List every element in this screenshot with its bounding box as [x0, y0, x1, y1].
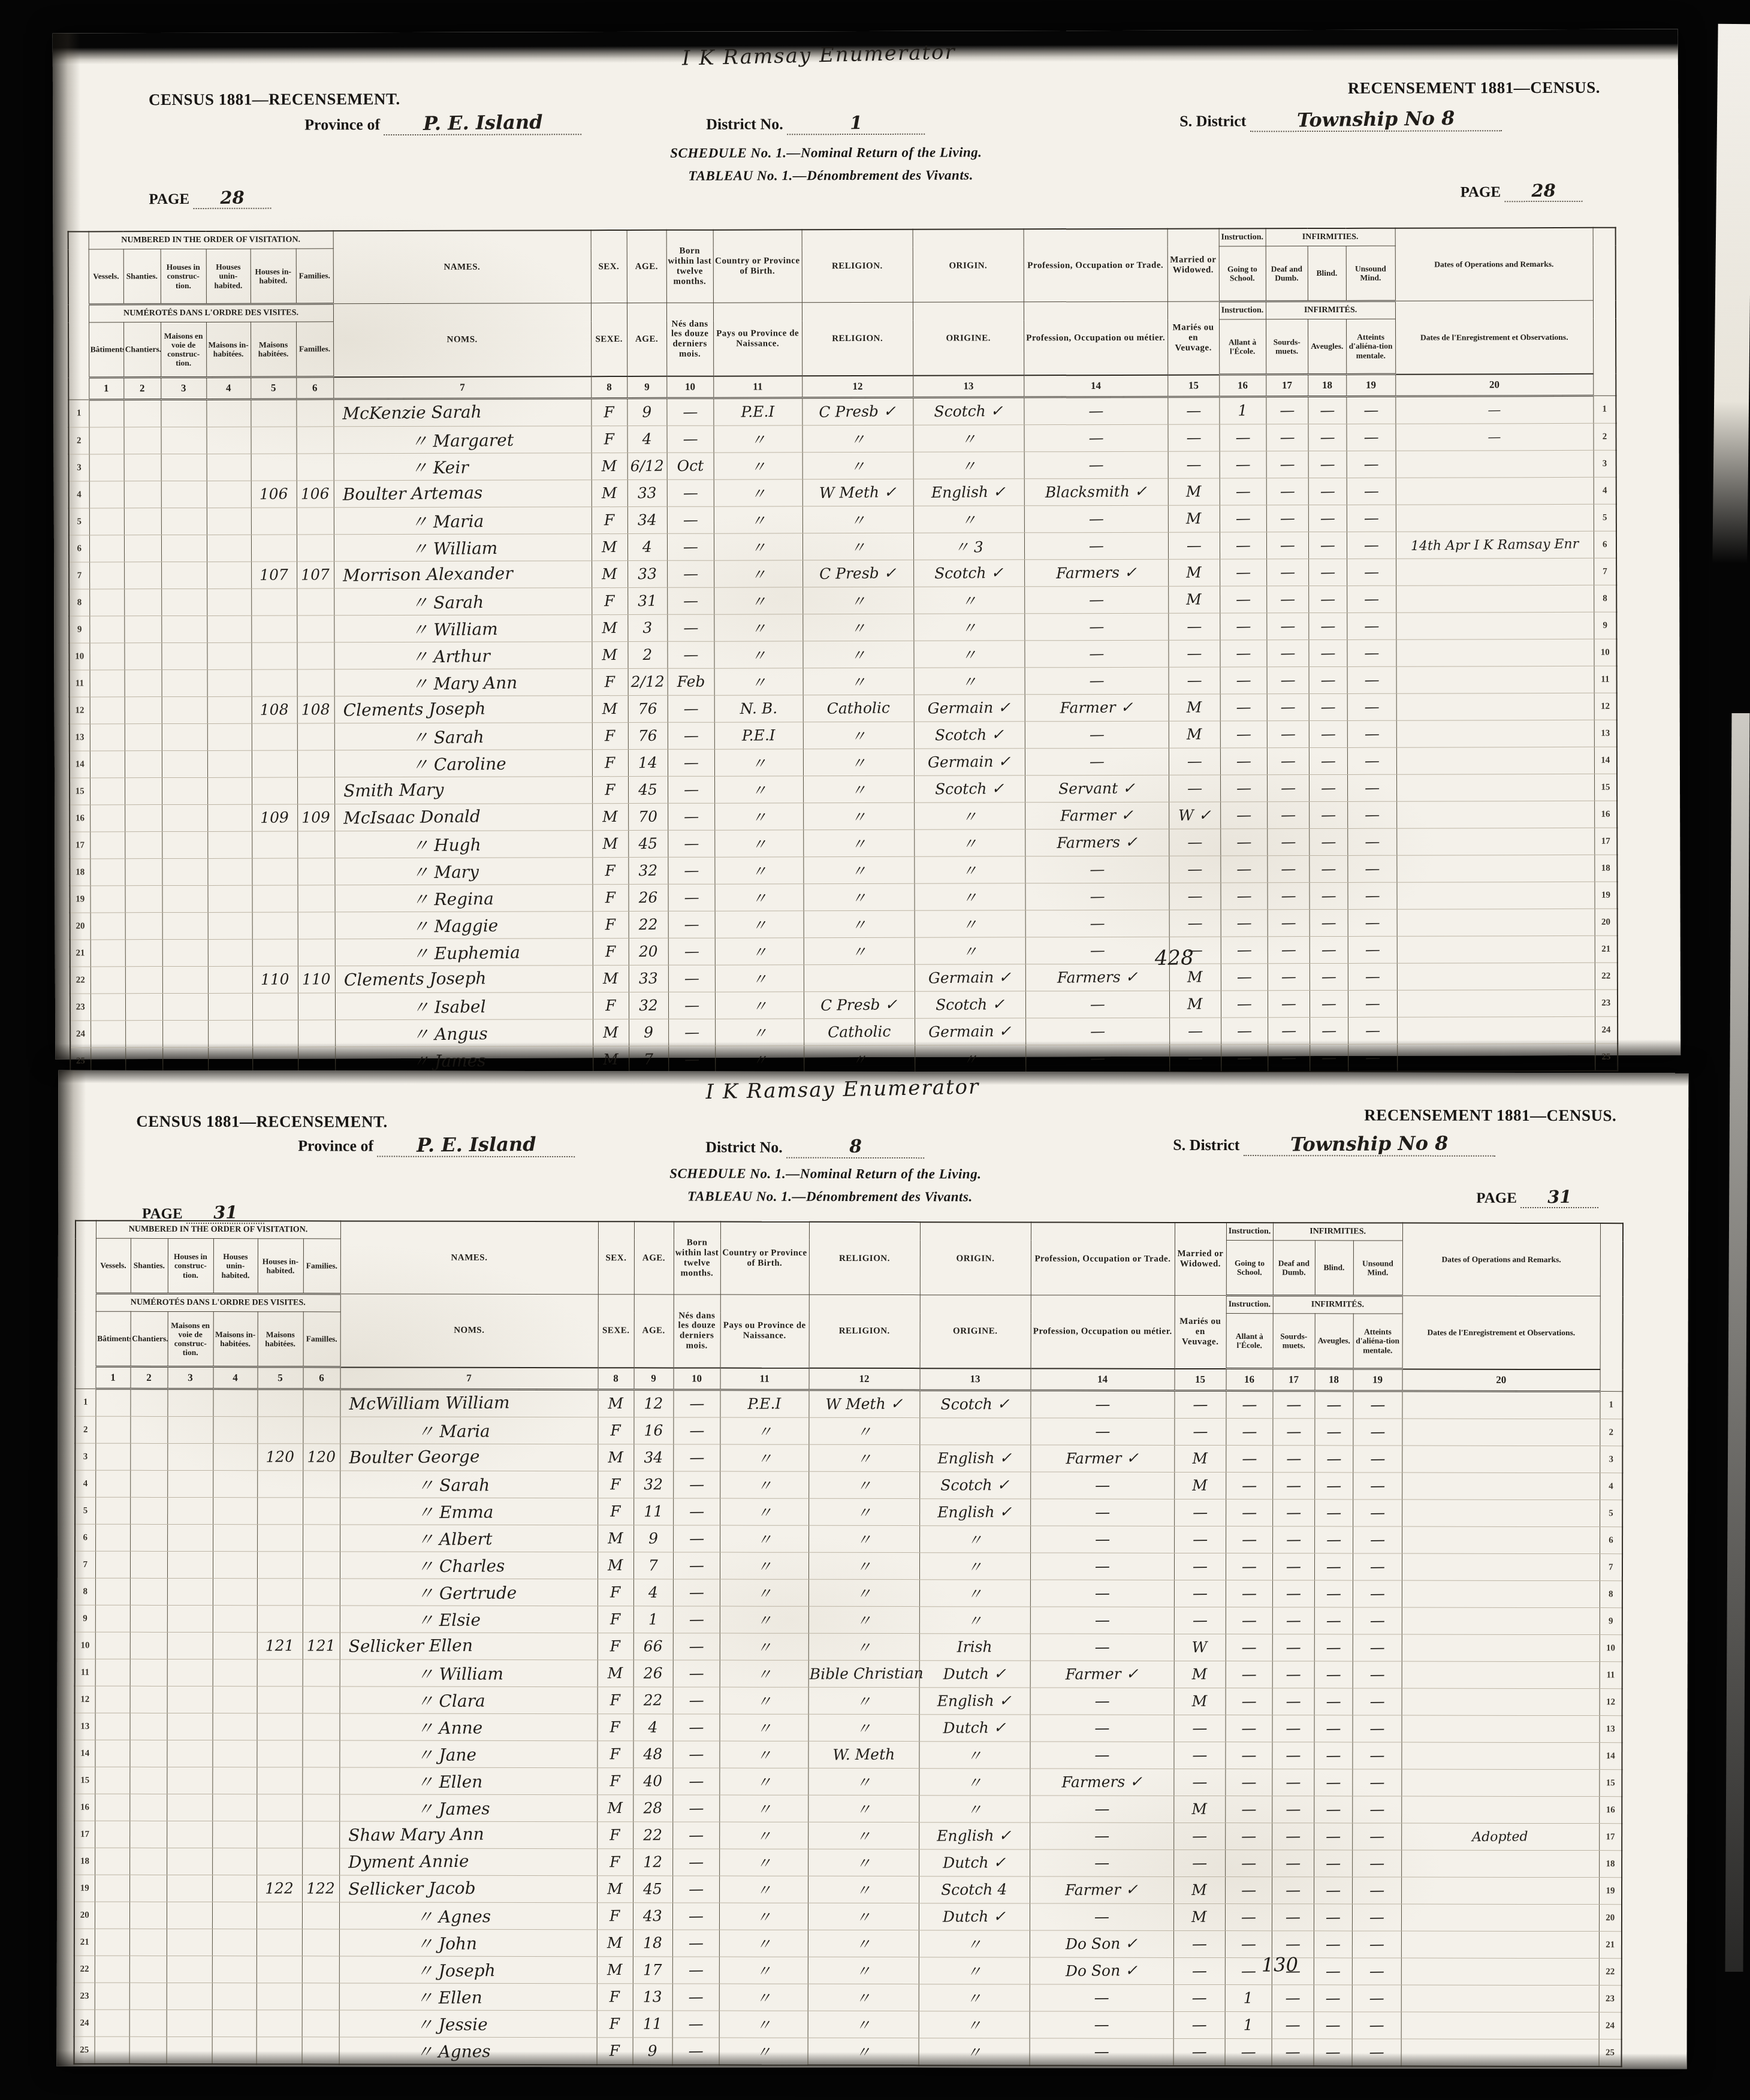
cell — [95, 1713, 130, 1740]
cell: Farmers ✓ — [1025, 964, 1169, 991]
handwritten-entry: — — [1369, 1612, 1384, 1629]
handwritten-entry: C Presb ✓ — [819, 564, 897, 583]
name-cell: 〃 Agnes — [339, 1902, 597, 1930]
cell — [89, 562, 124, 589]
cell — [162, 750, 207, 777]
handwritten-entry: 〃 — [961, 616, 976, 638]
handwritten-entry: 14 — [638, 754, 657, 771]
cell: 〃 — [802, 587, 913, 614]
cell: Farmers ✓ — [1025, 829, 1169, 856]
cell: — — [668, 857, 714, 884]
cell: 〃 — [919, 1984, 1030, 2011]
handwritten-entry: — — [688, 1988, 703, 2005]
handwritten-entry: M — [1187, 995, 1203, 1012]
row-number-left: 16 — [70, 805, 90, 832]
handwritten-entry: 〃 — [756, 2014, 771, 2035]
handwritten-entry: — — [683, 646, 698, 663]
cell: M — [592, 453, 627, 480]
cell — [297, 589, 334, 615]
cell: 1 — [633, 1606, 673, 1633]
cell — [95, 2010, 129, 2036]
cell: — — [1174, 1499, 1226, 1526]
cell: Germain ✓ — [915, 1018, 1025, 1045]
handwritten-entry: 〃 — [852, 940, 867, 962]
cell — [89, 481, 124, 508]
cell — [1396, 450, 1594, 478]
cell — [252, 669, 297, 696]
cell: — — [1225, 1904, 1272, 1931]
cell: 120 — [257, 1444, 303, 1471]
district-value: 1 — [850, 113, 862, 134]
handwritten-entry: — — [1186, 402, 1201, 419]
census-page-31: I K Ramsay Enumerator CENSUS 1881—RECENS… — [57, 1070, 1689, 2069]
cell: Catholic — [803, 695, 914, 722]
cell: F — [597, 1984, 633, 2011]
handwritten-entry: — — [683, 727, 698, 744]
handwritten-entry: 20 — [639, 943, 658, 960]
name-cell: 〃 Emma — [340, 1498, 598, 1525]
cell — [161, 642, 207, 669]
handwritten-entry: — — [1326, 1396, 1341, 1413]
cell: — — [1221, 910, 1268, 937]
cell — [302, 1740, 339, 1767]
handwritten-entry: 〃 Sarah — [411, 724, 484, 749]
handwritten-entry: 〃 — [851, 886, 866, 908]
cell: 〃 — [914, 668, 1025, 695]
handwritten-entry: — — [1321, 914, 1336, 931]
cell: — — [1024, 451, 1168, 479]
handwritten-entry: 106 — [260, 485, 288, 503]
name-cell: 〃 Anne — [340, 1713, 598, 1741]
census-table: NUMBERED IN THE ORDER OF VISITATION.NAME… — [74, 1220, 1624, 2068]
handwritten-entry: — — [1089, 726, 1104, 743]
cell — [129, 1929, 167, 1956]
cell — [162, 885, 207, 912]
cell: — — [1309, 666, 1347, 693]
handwritten-entry: 70 — [638, 808, 657, 825]
cell — [90, 940, 125, 967]
cell: — — [1314, 1661, 1353, 1688]
cell: — — [1314, 1769, 1352, 1796]
cell — [207, 723, 252, 750]
cell — [1397, 1043, 1595, 1071]
cell: — — [1220, 478, 1266, 505]
handwritten-entry: — — [1236, 806, 1251, 823]
handwritten-entry: F — [605, 727, 615, 744]
cell: Farmer ✓ — [1025, 694, 1169, 722]
handwritten-entry: — — [1235, 536, 1250, 554]
handwritten-entry: — — [1369, 2016, 1384, 2033]
cell — [251, 399, 296, 427]
handwritten-entry: — — [683, 430, 698, 448]
handwritten-entry: F — [610, 1476, 621, 1493]
tally-annotation: 428 — [1155, 946, 1194, 970]
col-header-fr: Pays ou Province de Naissance. — [720, 1295, 809, 1368]
cell: — — [1267, 802, 1309, 829]
handwritten-entry: F — [610, 1718, 621, 1736]
cell: — — [1226, 1634, 1272, 1661]
handwritten-entry: 〃 Agnes — [416, 1903, 490, 1928]
cell: — — [1220, 640, 1266, 667]
row-number-left: 8 — [75, 1578, 95, 1605]
handwritten-entry: — — [1090, 1049, 1105, 1067]
handwritten-entry: 〃 Sarah — [411, 589, 484, 614]
table-row: 18Dyment AnnieF12—〃〃Dutch ✓——————18 — [74, 1848, 1622, 1878]
handwritten-entry: 40 — [643, 1772, 662, 1790]
handwritten-entry: — — [689, 1853, 704, 1870]
handwritten-entry: — — [1286, 1612, 1301, 1629]
cell — [296, 427, 333, 454]
handwritten-entry: — — [1187, 779, 1202, 796]
handwritten-entry: — — [1326, 1746, 1341, 1764]
handwritten-entry: 〃 — [967, 1744, 982, 1766]
cell: 109 — [252, 804, 297, 831]
cell: — — [672, 1930, 719, 1957]
row-number-right: 13 — [1594, 720, 1617, 747]
cell: 1 — [1219, 397, 1266, 424]
cell: — — [1030, 1823, 1173, 1849]
cell: — — [1348, 1017, 1397, 1044]
table-row: 13〃 AnneF4—〃〃Dutch ✓——————13 — [75, 1713, 1622, 1743]
name-cell: 〃 Agnes — [339, 2037, 597, 2065]
row-number-left: 20 — [70, 913, 90, 940]
cell — [89, 454, 124, 481]
name-cell: 〃 Caroline — [334, 750, 592, 777]
handwritten-entry: — — [1286, 1558, 1301, 1575]
handwritten-entry: Adopted — [1473, 1829, 1528, 1845]
cell — [252, 1020, 298, 1047]
handwritten-entry: — — [1320, 671, 1335, 689]
cell: 〃 — [919, 1580, 1030, 1607]
cell: Catholic — [804, 1018, 915, 1045]
cell: — — [1314, 1742, 1352, 1769]
table-row: 11〃 WilliamM26—〃Bible ChristianDutch ✓Fa… — [75, 1659, 1622, 1689]
cell: Dutch ✓ — [919, 1849, 1030, 1876]
cell: 〃 — [714, 776, 803, 803]
handwritten-entry: — — [689, 1799, 704, 1817]
province-line: Province of P. E. Island — [304, 111, 581, 135]
cell: 〃 — [720, 1444, 808, 1471]
cell: — — [1314, 1796, 1352, 1823]
handwritten-entry: — — [1369, 1773, 1384, 1791]
handwritten-entry: — — [1094, 1827, 1109, 1845]
handwritten-entry: 〃 — [856, 1582, 871, 1604]
cell: 〃 — [803, 749, 914, 776]
handwritten-entry: — — [1320, 779, 1335, 796]
cell — [125, 832, 162, 859]
cell — [1396, 666, 1594, 693]
cell — [1401, 1904, 1599, 1932]
handwritten-entry: — — [1370, 1396, 1385, 1413]
cell: — — [1314, 1473, 1353, 1499]
handwritten-entry: 〃 — [756, 1771, 771, 1793]
name-cell: 〃 Elsie — [340, 1606, 598, 1633]
cell — [90, 670, 125, 697]
cell: — — [1396, 423, 1594, 451]
handwritten-entry: Do Son ✓ — [1066, 1935, 1137, 1953]
cell: — — [1168, 613, 1220, 640]
cell: — — [1220, 505, 1266, 532]
cell: 〃 — [919, 1930, 1030, 1957]
handwritten-entry: Germain ✓ — [928, 753, 1011, 771]
handwritten-entry: 〃 — [850, 590, 865, 611]
handwritten-entry: — — [1364, 671, 1379, 689]
handwritten-entry: — — [1325, 2043, 1340, 2060]
col-header-en: Married or Widowed. — [1175, 1223, 1226, 1296]
handwritten-entry: 〃 — [851, 805, 866, 827]
handwritten-entry: 32 — [644, 1476, 663, 1493]
handwritten-entry: Clements Joseph — [343, 968, 486, 989]
handwritten-entry: 〃 — [752, 886, 767, 908]
row-number-left: 10 — [75, 1632, 95, 1659]
cell: — — [1272, 1526, 1314, 1553]
cell: — — [1272, 1580, 1314, 1607]
cell: 43 — [633, 1903, 672, 1930]
cell — [95, 1929, 129, 1956]
handwritten-entry: — — [1321, 806, 1336, 823]
cell: — — [1314, 1850, 1352, 1877]
handwritten-entry: — — [1236, 833, 1251, 850]
cell: — — [1169, 1045, 1221, 1072]
cell: — — [1220, 586, 1266, 613]
handwritten-entry: 〃 John — [416, 1930, 476, 1955]
row-number-right: 6 — [1594, 531, 1616, 558]
handwritten-entry: — — [1191, 2016, 1206, 2033]
cell: — — [1225, 1877, 1272, 1904]
handwritten-entry: M — [603, 1024, 618, 1041]
cell: — — [1031, 1390, 1175, 1418]
col-header-en: Going to School. — [1219, 246, 1266, 301]
cell: F — [598, 1606, 633, 1633]
handwritten-entry: — — [1236, 590, 1251, 608]
handwritten-entry: 32 — [638, 862, 657, 879]
col-header-en: Unsound Mind. — [1346, 246, 1395, 301]
cell — [298, 1020, 335, 1047]
cell: W — [1174, 1634, 1226, 1661]
cell — [1396, 612, 1594, 639]
cell: M — [593, 1046, 629, 1074]
cell — [129, 1740, 167, 1767]
row-number-left: 6 — [69, 535, 89, 562]
name-cell: 〃 Isabel — [335, 992, 593, 1020]
table-row: 3120120Boulter GeorgeM34—〃〃English ✓Farm… — [75, 1443, 1622, 1473]
handwritten-entry: — — [1364, 698, 1379, 716]
cell: — — [1272, 1877, 1314, 1904]
handwritten-entry: — — [1325, 2016, 1340, 2033]
cell: 33 — [629, 965, 668, 992]
name-cell: 〃 James — [339, 1794, 597, 1822]
handwritten-entry: — — [1281, 833, 1296, 850]
handwritten-entry: 〃 — [961, 589, 976, 611]
cell: 〃 — [913, 452, 1024, 479]
name-cell: Clements Joseph — [335, 965, 593, 993]
column-number: 15 — [1167, 375, 1219, 397]
handwritten-entry: — — [1369, 1827, 1384, 1845]
handwritten-entry: — — [1320, 752, 1335, 770]
cell: 107 — [251, 562, 297, 589]
cell: 76 — [628, 695, 668, 722]
cell: 〃 — [714, 803, 803, 830]
handwritten-entry: — — [688, 2042, 703, 2059]
cell: — — [1352, 1985, 1401, 2012]
row-number-left: 22 — [74, 1956, 95, 1983]
cell — [161, 562, 207, 589]
cell — [213, 1633, 257, 1660]
cell — [167, 1983, 212, 2010]
handwritten-entry: — — [1286, 1504, 1301, 1521]
col-header-fr: Mariés ou en Veuvage. — [1167, 301, 1219, 375]
cell: — — [1030, 1526, 1174, 1553]
cell: — — [1220, 856, 1267, 883]
cell: Servant ✓ — [1025, 775, 1169, 802]
cell: — — [1346, 396, 1395, 424]
column-number: 7 — [340, 1367, 598, 1390]
cell: 〃 — [804, 937, 915, 964]
handwritten-entry: Clements Joseph — [343, 698, 485, 720]
handwritten-entry: — — [1286, 1477, 1301, 1494]
column-number: 16 — [1226, 1369, 1273, 1391]
cell: 〃 — [808, 1417, 919, 1444]
handwritten-entry: — — [1369, 1962, 1384, 1980]
remarks-header-fr: Dates de l'Enregistrement et Observation… — [1402, 1296, 1600, 1369]
cell: — — [1266, 532, 1308, 559]
handwritten-entry: — — [1280, 779, 1295, 796]
handwritten-entry: — — [1370, 1450, 1385, 1467]
cell — [297, 723, 334, 750]
cell: — — [1353, 1526, 1402, 1553]
handwritten-entry: — — [1236, 860, 1251, 877]
handwritten-entry: — — [1365, 1022, 1380, 1039]
cell — [207, 750, 252, 777]
handwritten-entry: — — [1187, 860, 1202, 877]
cell: — — [1310, 963, 1348, 990]
cell: — — [1030, 1796, 1173, 1823]
census-title-left: CENSUS 1881—RECENSEMENT. — [149, 90, 400, 109]
handwritten-entry: P.E.I — [748, 1395, 782, 1412]
row-number-left: 12 — [70, 697, 90, 724]
name-cell: 〃 Angus — [335, 1019, 593, 1047]
cell: 〃 — [919, 1553, 1030, 1580]
name-cell: Shaw Mary Ann — [339, 1821, 597, 1849]
handwritten-entry: — — [1286, 1396, 1301, 1413]
handwritten-entry: — — [1187, 887, 1202, 904]
cell: — — [1220, 802, 1267, 829]
handwritten-entry: — — [683, 592, 698, 610]
cell — [162, 723, 207, 750]
col-header-fr: Nés dans les douze derniers mois. — [666, 303, 713, 376]
cell: 4 — [633, 1579, 673, 1606]
cell: — — [1348, 990, 1397, 1017]
handwritten-entry: — — [1369, 1881, 1384, 1899]
cell — [257, 1848, 302, 1875]
cell — [302, 1956, 339, 1983]
handwritten-entry: 〃 — [756, 1879, 771, 1900]
cell: 6/12 — [627, 452, 667, 479]
handwritten-entry: 〃 William — [411, 535, 497, 560]
cell: — — [1169, 829, 1220, 856]
handwritten-entry: F — [610, 1772, 621, 1790]
cell: 11 — [633, 1498, 673, 1525]
handwritten-entry: 〃 Charles — [417, 1553, 505, 1577]
col-header-fr: Nés dans les douze derniers mois. — [674, 1295, 720, 1368]
cell: — — [1030, 1553, 1174, 1580]
cell — [125, 778, 162, 805]
name-cell: 〃 Regina — [335, 885, 593, 912]
handwritten-entry: — — [683, 511, 698, 529]
handwritten-entry: 〃 — [850, 671, 865, 692]
cell: — — [1030, 1742, 1173, 1769]
cell — [302, 1794, 339, 1821]
handwritten-entry: 〃 — [962, 913, 977, 934]
row-number-right: 2 — [1600, 1419, 1622, 1446]
handwritten-entry: 2 — [642, 646, 652, 663]
cell: 1 — [1225, 2012, 1272, 2039]
column-number: 5 — [251, 377, 296, 399]
row-number-left: 14 — [74, 1740, 95, 1767]
handwritten-entry: — — [1286, 1827, 1301, 1845]
cell — [302, 1902, 339, 1929]
cell — [252, 777, 297, 804]
handwritten-entry: — — [1236, 698, 1251, 716]
cell — [804, 964, 915, 991]
cell: 〃 — [914, 802, 1025, 829]
cell: 9 — [627, 398, 666, 426]
handwritten-entry: W — [1192, 1639, 1208, 1656]
cell: 〃 — [913, 614, 1024, 641]
table-row: 4106106Boulter ArtemasM33—〃W Meth ✓Engli… — [69, 477, 1616, 508]
handwritten-entry: 〃 — [756, 1663, 771, 1685]
cell: — — [668, 749, 714, 776]
handwritten-entry: — — [1192, 1558, 1207, 1575]
table-row: 15Smith MaryF45—〃〃Scotch ✓Servant ✓—————… — [70, 774, 1617, 805]
handwritten-entry: — — [1193, 1396, 1208, 1413]
column-number: 3 — [168, 1366, 213, 1389]
cell: M — [598, 1552, 633, 1579]
cell: — — [1024, 397, 1167, 425]
handwritten-entry: — — [1326, 1585, 1341, 1602]
handwritten-entry: — — [1326, 1854, 1341, 1872]
handwritten-entry: 〃 — [961, 508, 976, 530]
handwritten-entry: Scotch 4 — [941, 1881, 1007, 1899]
row-number-left: 24 — [70, 1021, 90, 1048]
cell — [257, 1740, 302, 1767]
cell: M — [1174, 1472, 1226, 1499]
cell — [125, 805, 162, 832]
handwritten-entry: — — [1364, 752, 1379, 770]
col-header-en: Blind. — [1315, 1241, 1353, 1296]
handwritten-entry: — — [1280, 563, 1295, 581]
cell: 〃 — [919, 1526, 1030, 1553]
cell — [161, 427, 206, 454]
cell: — — [1347, 424, 1396, 451]
col-header-en: Profession, Occupation or Trade. — [1024, 229, 1167, 302]
cell: 7 — [633, 1552, 673, 1579]
handwritten-entry: 122 — [306, 1879, 335, 1897]
handwritten-entry: — — [1186, 455, 1201, 473]
handwritten-entry: 4 — [648, 1583, 658, 1601]
col-header-en: Married or Widowed. — [1167, 228, 1219, 301]
column-number: 16 — [1219, 375, 1266, 397]
cell: 〃 — [808, 1768, 919, 1795]
handwritten-entry: — — [1286, 1773, 1301, 1791]
subdistrict-label: S. District — [1173, 1136, 1239, 1154]
cell: — — [1309, 720, 1347, 747]
cell — [1397, 909, 1595, 936]
cell: 40 — [633, 1768, 672, 1795]
cell — [252, 750, 297, 777]
handwritten-entry: 〃 — [850, 644, 865, 665]
handwritten-entry: 〃 — [751, 752, 766, 773]
